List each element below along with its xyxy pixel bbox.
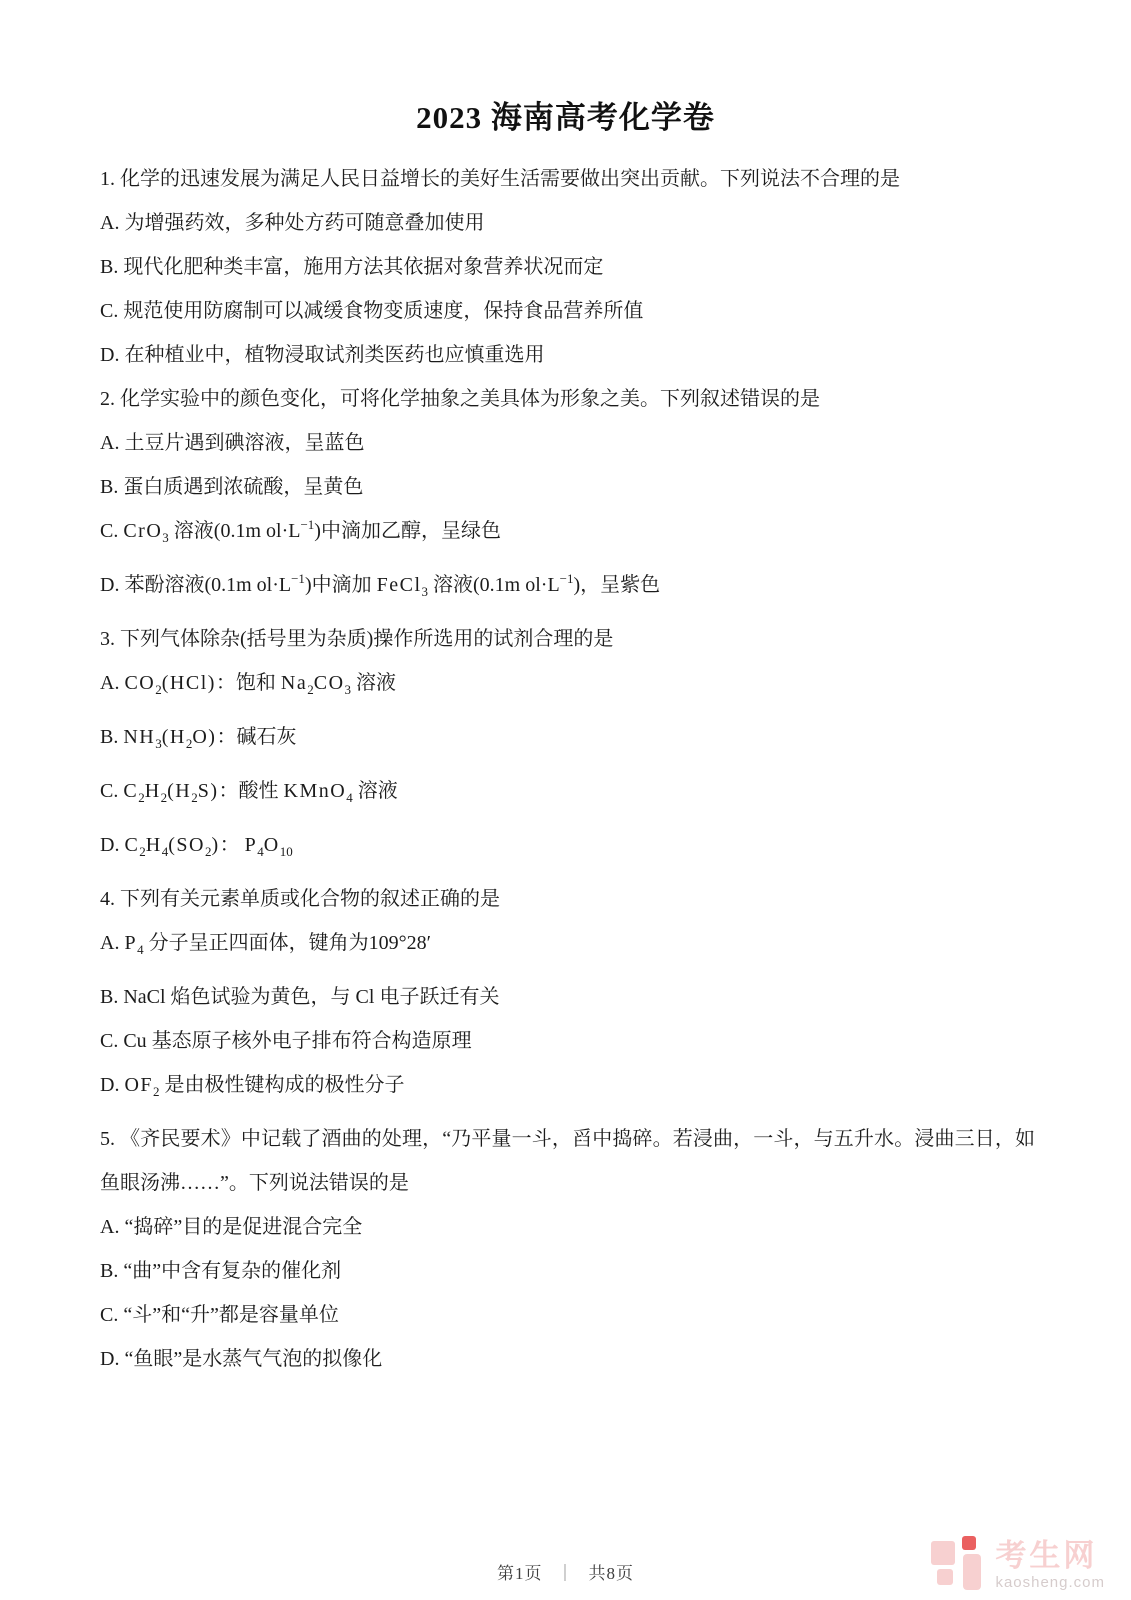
exam-page: 2023 海南高考化学卷 1. 化学的迅速发展为满足人民日益增长的美好生活需要做… [0,0,1131,1600]
question-option: C. Cu 基态原子核外电子排布符合构造原理 [100,1019,1035,1063]
question-option: C. CrO3 溶液(0.1m ol·L−1)中滴加乙醇，呈绿色 [100,509,1035,553]
watermark-site-name: 考生网 [995,1540,1105,1571]
question-option: D. 苯酚溶液(0.1m ol·L−1)中滴加 FeCl3 溶液(0.1m ol… [100,563,1035,607]
chemical-formula: Na [281,672,307,694]
chemical-formula: H [145,780,161,802]
question-stem: 1. 化学的迅速发展为满足人民日益增长的美好生活需要做出突出贡献。下列说法不合理… [100,157,1035,201]
chemical-formula: P [124,932,137,954]
page-number: 第1页 [497,1564,543,1583]
logo-block-icon [937,1569,953,1585]
question: 5. 《齐民要术》中记载了酒曲的处理，“乃平量一斗，舀中捣碎。若浸曲，一斗，与五… [100,1117,1035,1381]
page-separator: ｜ [557,1564,575,1583]
chemical-formula: CrO [123,520,162,542]
question-stem: 5. 《齐民要术》中记载了酒曲的处理，“乃平量一斗，舀中捣碎。若浸曲，一斗，与五… [100,1117,1035,1205]
chemical-formula: OF [124,1074,153,1096]
chemical-formula: (HCl) [162,672,216,694]
question-option: A. 为增强药效，多种处方药可随意叠加使用 [100,201,1035,245]
watermark-text: 考生网 kaosheng.com [995,1540,1105,1590]
chemical-formula: H [146,834,162,856]
question-option: D. “鱼眼”是水蒸气气泡的拟像化 [100,1337,1035,1381]
question-option: A. “捣碎”目的是促进混合完全 [100,1205,1035,1249]
question-option: D. OF2 是由极性键构成的极性分子 [100,1063,1035,1107]
question-option: B. “曲”中含有复杂的催化剂 [100,1249,1035,1293]
question-option: A. P4 分子呈正四面体，键角为109°28′ [100,921,1035,965]
question: 3. 下列气体除杂(括号里为杂质)操作所选用的试剂合理的是A. CO2(HCl)… [100,617,1035,867]
chemical-formula: P [245,834,258,856]
chemical-formula: KMnO [284,780,347,802]
question-option: B. NH3(H2O)：碱石灰 [100,715,1035,759]
watermark: 考生网 kaosheng.com [931,1532,1105,1590]
question-option: B. 现代化肥种类丰富，施用方法其依据对象营养状况而定 [100,245,1035,289]
chemical-formula: C [124,834,139,856]
chemical-formula: O [264,834,280,856]
question-option: C. C2H2(H2S)：酸性 KMnO4 溶液 [100,769,1035,813]
logo-block-icon [931,1541,955,1565]
logo-block-icon [963,1554,981,1590]
question-option: C. 规范使用防腐制可以减缓食物变质速度，保持食品营养所值 [100,289,1035,333]
question-option: A. 土豆片遇到碘溶液，呈蓝色 [100,421,1035,465]
questions: 1. 化学的迅速发展为满足人民日益增长的美好生活需要做出突出贡献。下列说法不合理… [100,157,1035,1381]
question: 4. 下列有关元素单质或化合物的叙述正确的是A. P4 分子呈正四面体，键角为1… [100,877,1035,1107]
question: 2. 化学实验中的颜色变化，可将化学抽象之美具体为形象之美。下列叙述错误的是A.… [100,377,1035,607]
question: 1. 化学的迅速发展为满足人民日益增长的美好生活需要做出突出贡献。下列说法不合理… [100,157,1035,377]
question-option: A. CO2(HCl)：饱和 Na2CO3 溶液 [100,661,1035,705]
chemical-formula: C [123,780,138,802]
question-option: D. 在种植业中，植物浸取试剂类医药也应慎重选用 [100,333,1035,377]
chemical-formula: O) [192,726,216,748]
kaosheng-logo-icon [931,1532,985,1590]
chemical-formula: CO [314,672,345,694]
question-option: D. C2H4(SO2)： P4O10 [100,823,1035,867]
chemical-formula: CO [124,672,155,694]
page-title: 2023 海南高考化学卷 [0,0,1131,137]
watermark-domain: kaosheng.com [995,1575,1105,1590]
chemical-formula: NH [123,726,155,748]
chemical-formula: (H [162,726,186,748]
chemical-formula: (SO [168,834,205,856]
question-option: C. “斗”和“升”都是容量单位 [100,1293,1035,1337]
question-option: B. 蛋白质遇到浓硫酸，呈黄色 [100,465,1035,509]
chemical-formula: FeCl [377,574,422,596]
chemical-formula: (H [167,780,191,802]
question-stem: 2. 化学实验中的颜色变化，可将化学抽象之美具体为形象之美。下列叙述错误的是 [100,377,1035,421]
question-stem: 4. 下列有关元素单质或化合物的叙述正确的是 [100,877,1035,921]
chemical-formula: ) [211,834,219,856]
chemical-formula: S) [198,780,219,802]
question-option: B. NaCl 焰色试验为黄色，与 Cl 电子跃迁有关 [100,975,1035,1019]
logo-block-icon [962,1536,976,1550]
question-stem: 3. 下列气体除杂(括号里为杂质)操作所选用的试剂合理的是 [100,617,1035,661]
total-pages: 共8页 [589,1564,635,1583]
